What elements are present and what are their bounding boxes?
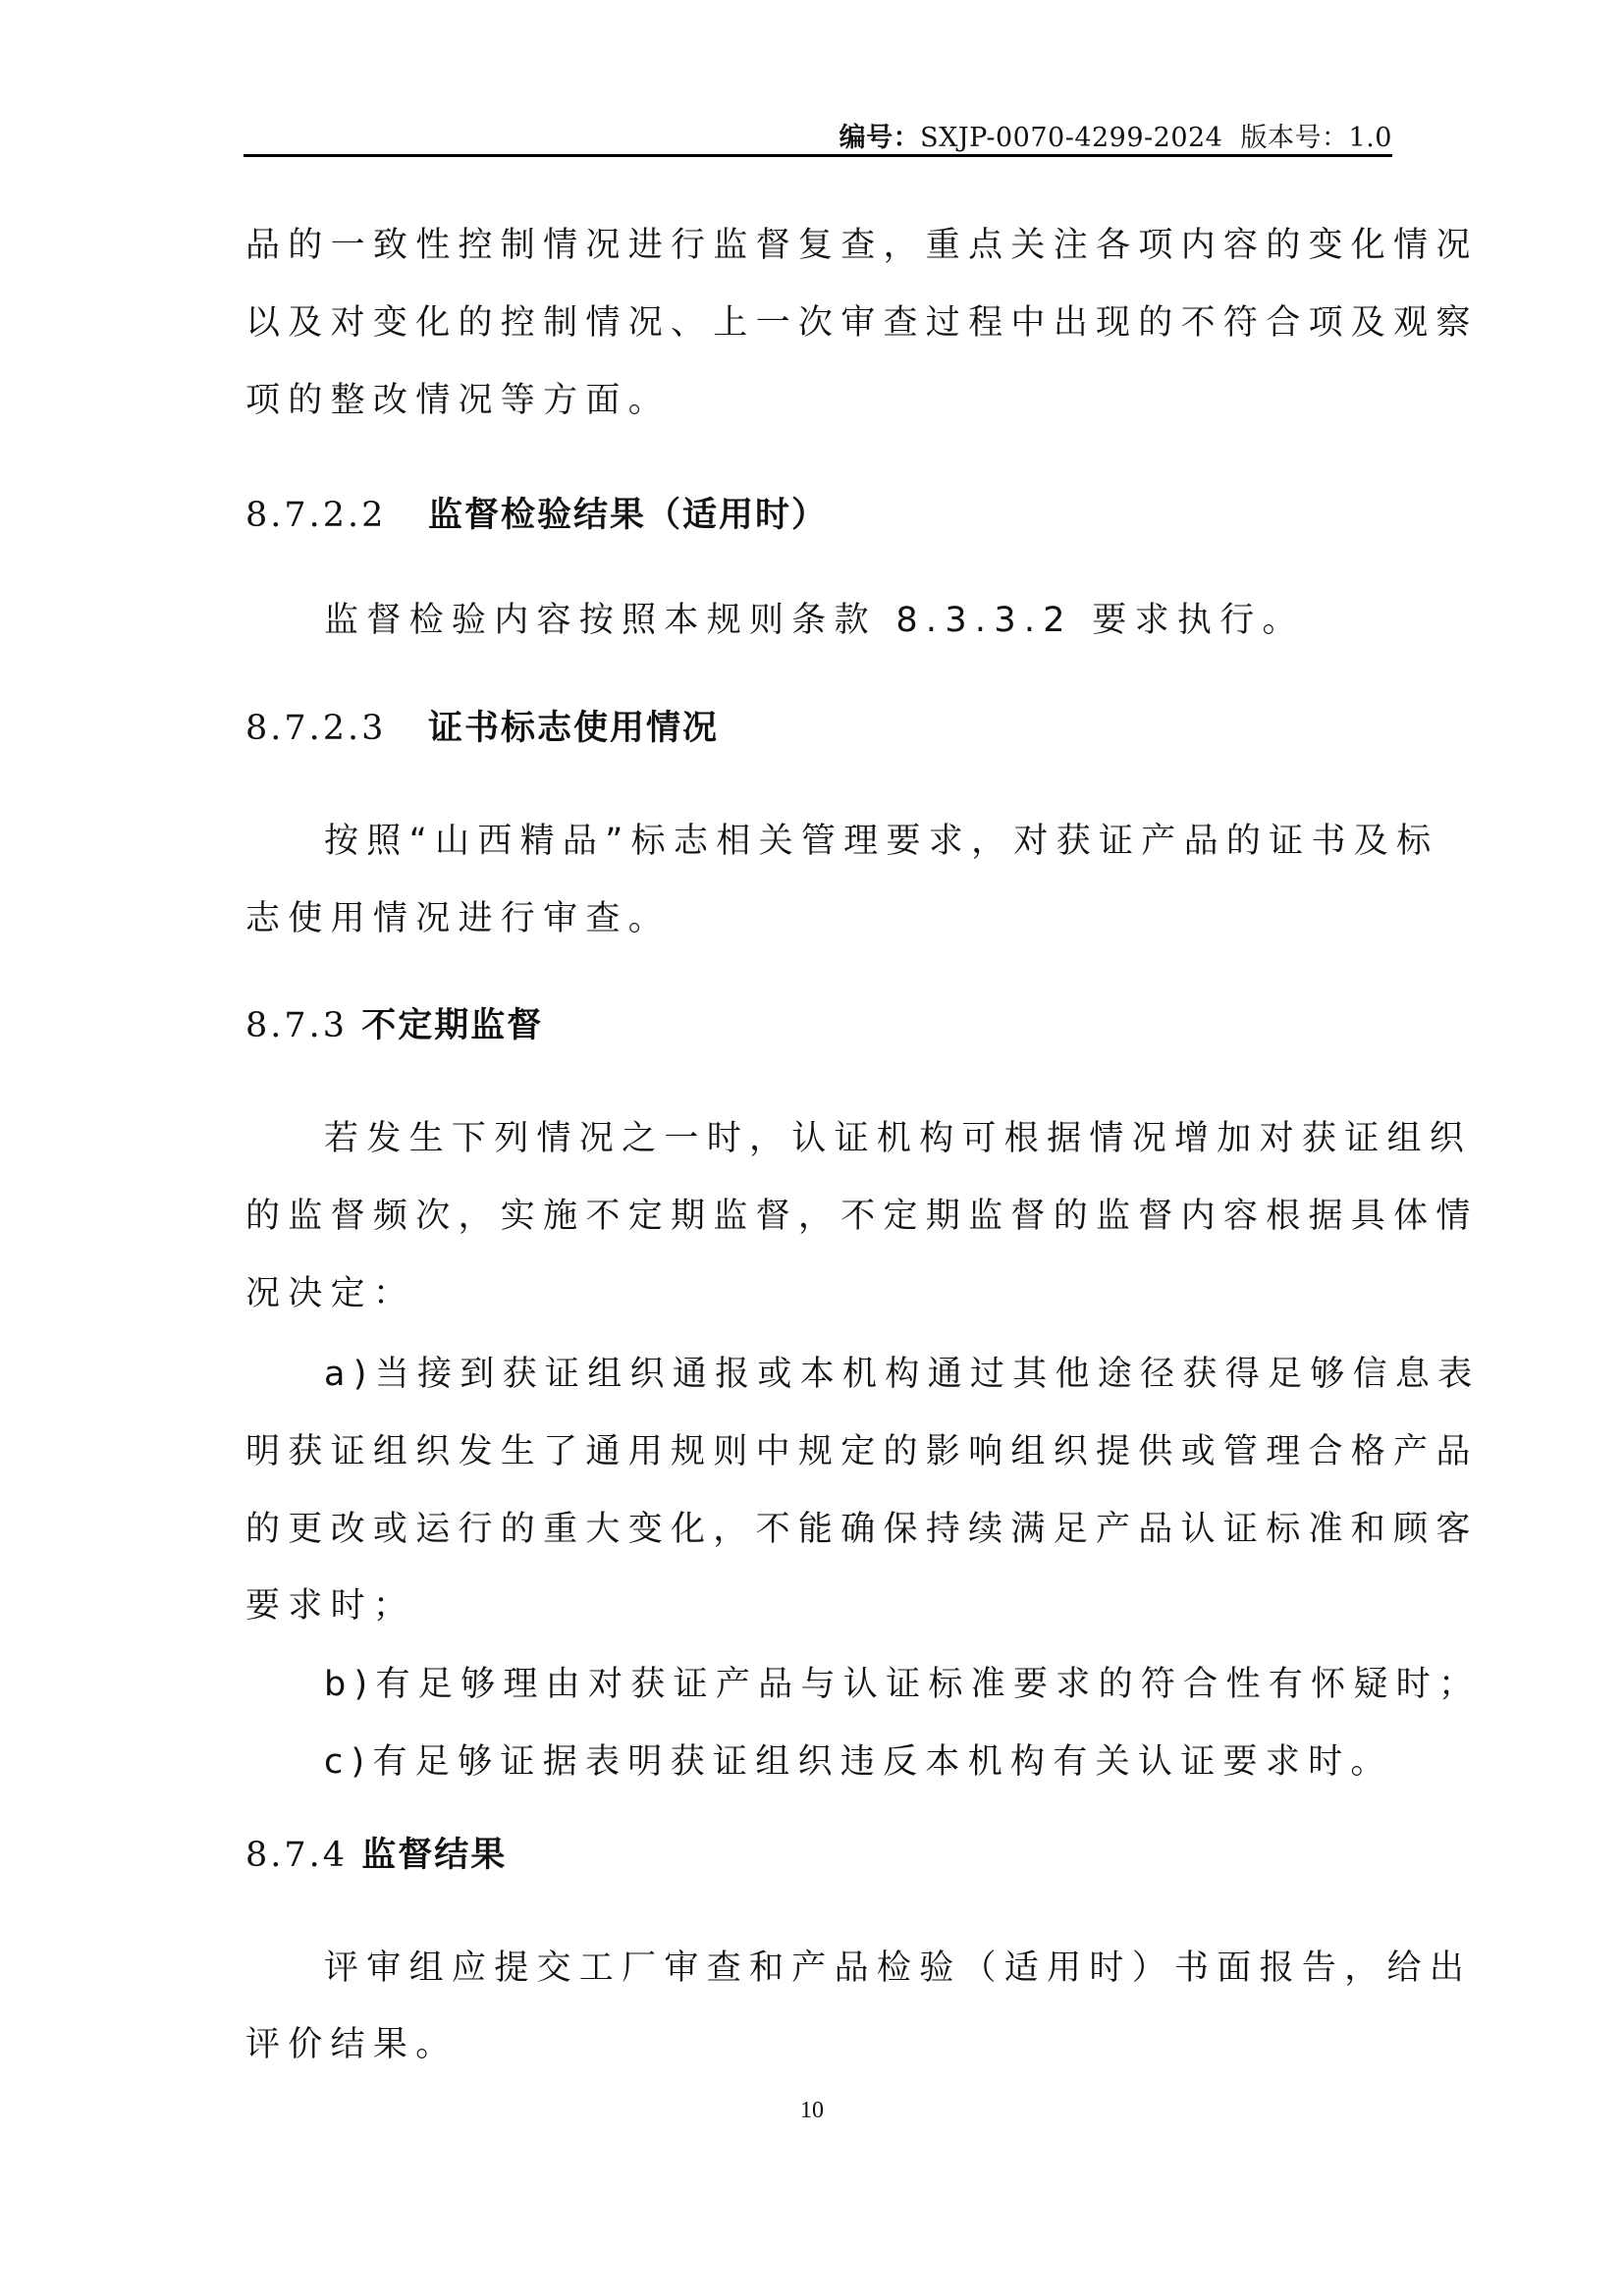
list-item-b: b)有足够理由对获证产品与认证标准要求的符合性有怀疑时； — [324, 1663, 1481, 1706]
paragraph-line: 况决定： — [245, 1272, 415, 1315]
section-heading-873: 8.7.3 不定期监督 — [245, 1004, 543, 1047]
list-item-c: c)有足够证据表明获证组织违反本机构有关认证要求时。 — [324, 1740, 1393, 1784]
paragraph-line: 以及对变化的控制情况、上一次审查过程中出现的不符合项及观察 — [245, 301, 1479, 345]
paragraph-line: 的监督频次，实施不定期监督，不定期监督的监督内容根据具体情 — [245, 1195, 1479, 1238]
version-value: 1.0 — [1349, 123, 1392, 153]
header-divider — [244, 154, 1392, 157]
document-header: 编号：SXJP-0070-4299-2024 版本号：1.0 — [839, 116, 1392, 154]
paragraph-line: 监督检验内容按照本规则条款 8.3.3.2 要求执行。 — [324, 599, 1305, 642]
page-number: 10 — [0, 2098, 1624, 2124]
section-heading-8723: 8.7.2.3 证书标志使用情况 — [245, 707, 719, 750]
list-item-a-cont: 明获证组织发生了通用规则中规定的影响组织提供或管理合格产品 — [245, 1430, 1479, 1473]
list-item-a-cont: 要求时； — [245, 1584, 415, 1628]
paragraph-line: 评价结果。 — [245, 2023, 459, 2066]
section-number: 8.7.3 — [245, 1006, 348, 1045]
section-number: 8.7.2.3 — [245, 709, 386, 748]
paragraph-line: 志使用情况进行审查。 — [245, 897, 671, 940]
section-title: 证书标志使用情况 — [428, 709, 719, 748]
section-title: 监督检验结果（适用时） — [428, 496, 828, 535]
section-number: 8.7.2.2 — [245, 496, 386, 535]
doc-code-value: SXJP-0070-4299-2024 — [920, 123, 1222, 153]
list-item-a: a)当接到获证组织通报或本机构通过其他途径获得足够信息表 — [324, 1353, 1481, 1396]
document-page: 编号：SXJP-0070-4299-2024 版本号：1.0 品的一致性控制情况… — [0, 0, 1624, 2296]
list-item-a-cont: 的更改或运行的重大变化，不能确保持续满足产品认证标准和顾客 — [245, 1508, 1479, 1551]
paragraph-line: 按照“山西精品”标志相关管理要求，对获证产品的证书及标 — [324, 820, 1438, 863]
paragraph-line: 品的一致性控制情况进行监督复查，重点关注各项内容的变化情况 — [245, 224, 1479, 267]
section-number: 8.7.4 — [245, 1836, 348, 1875]
paragraph-line: 若发生下列情况之一时，认证机构可根据情况增加对获证组织 — [324, 1117, 1472, 1160]
section-title: 监督结果 — [361, 1836, 507, 1875]
section-title: 不定期监督 — [361, 1006, 543, 1045]
paragraph-line: 评审组应提交工厂审查和产品检验（适用时）书面报告，给出 — [324, 1947, 1472, 1990]
version-label: 版本号： — [1241, 123, 1349, 153]
section-heading-874: 8.7.4 监督结果 — [245, 1834, 507, 1877]
section-heading-8722: 8.7.2.2 监督检验结果（适用时） — [245, 494, 828, 537]
paragraph-line: 项的整改情况等方面。 — [245, 379, 671, 422]
doc-code-label: 编号： — [839, 123, 921, 153]
